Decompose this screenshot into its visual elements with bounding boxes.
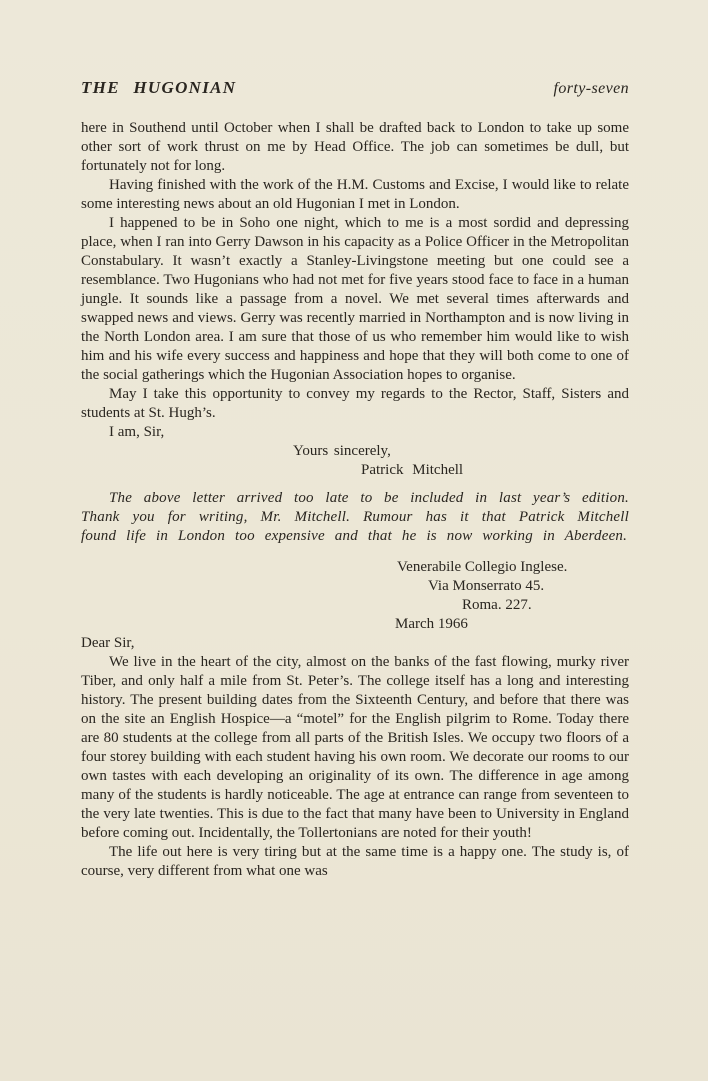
address-block: Venerabile Collegio Inglese. Via Monserr… <box>81 558 629 634</box>
letter-paragraph: We live in the heart of the city, almost… <box>81 653 629 843</box>
address-line: Via Monserrato 45. <box>81 577 629 596</box>
address-line: Roma. 227. <box>81 596 629 615</box>
letter-closing: Yours sincerely, <box>81 442 629 461</box>
page-header: THE HUGONIAN forty-seven <box>81 78 629 98</box>
letter-sign-off-intro: I am, Sir, <box>81 423 629 442</box>
letter-paragraph: Having finished with the work of the H.M… <box>81 176 629 214</box>
magazine-page: THE HUGONIAN forty-seven here in Southen… <box>0 0 708 1081</box>
address-line: Venerabile Collegio Inglese. <box>81 558 629 577</box>
letter-signature: Patrick Mitchell <box>81 461 629 480</box>
date-line: March 1966 <box>81 615 629 634</box>
letter-paragraph: I happened to be in Soho one night, whic… <box>81 214 629 385</box>
page-number: forty-seven <box>554 80 629 98</box>
letter-paragraph: The life out here is very tiring but at … <box>81 843 629 881</box>
letter-paragraph: here in Southend until October when I sh… <box>81 119 629 176</box>
page-body: here in Southend until October when I sh… <box>81 119 629 881</box>
editor-note: The above letter arrived too late to be … <box>81 489 629 546</box>
letter-paragraph: May I take this opportunity to convey my… <box>81 385 629 423</box>
journal-title: THE HUGONIAN <box>81 78 236 98</box>
letter-salutation: Dear Sir, <box>81 634 629 653</box>
